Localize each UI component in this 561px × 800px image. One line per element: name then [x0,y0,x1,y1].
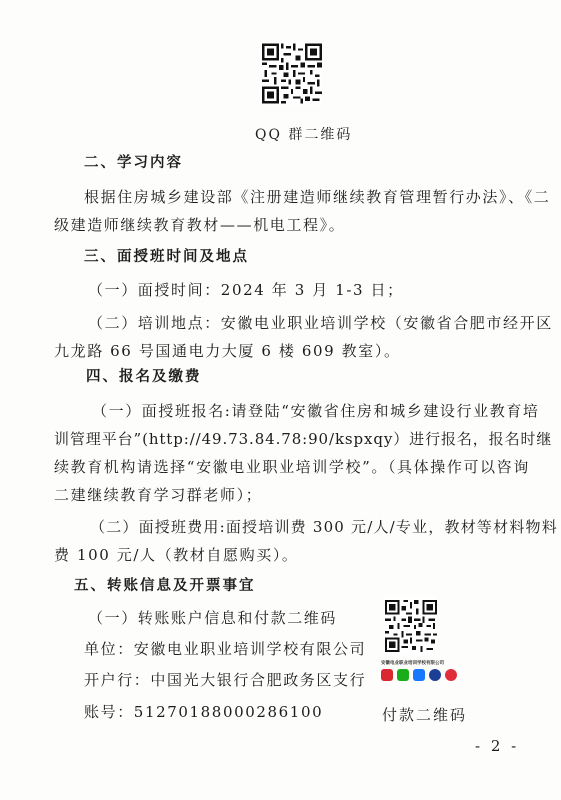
payment-qr-company-label: 安徽电业职业培训学校有限公司 [381,660,444,666]
section-4-fee-line-2: 费 100 元/人（教材自愿购买）。 [54,546,299,564]
section-2-heading: 二、学习内容 [84,154,183,172]
payment-qr-code [385,597,437,655]
section-4-fee-line-1: （二）面授班费用:面授培训费 300 元/人/专业，教材等材料物料 [90,518,558,536]
payment-method-icons [381,669,457,681]
section-4-registration-line-1: （一）面授班报名:请登陆“安徽省住房和城乡建设行业教育培 [92,402,540,420]
section-3-time: （一）面授时间：2024 年 3 月 1-3 日； [88,281,404,299]
alipay-icon [413,669,425,681]
section-3-heading: 三、面授班时间及地点 [84,248,249,266]
red-app-icon [445,669,457,681]
section-4-heading: 四、报名及缴费 [86,368,202,386]
section-3-location-line-1: （二）培训地点：安徽电业职业培训学校（安徽省合肥市经开区 [88,314,553,332]
section-4-registration-line-2: 训管理平台”(http://49.73.84.78:90/kspxqy）进行报名… [54,430,552,448]
qq-group-qr-code [262,42,322,105]
unionpay-cloud-icon [381,669,393,681]
bank-app-icon [429,669,441,681]
section-5-heading: 五、转账信息及开票事宜 [74,577,256,595]
section-3-location-line-2: 九龙路 66 号国通电力大厦 6 楼 609 教室）。 [54,342,401,360]
section-5-account-number: 账号：51270188000286100 [84,703,323,721]
section-5-company: 单位：安徽电业职业培训学校有限公司 [84,640,366,658]
qq-qr-caption: QQ 群二维码 [255,124,352,144]
section-5-bank: 开户行：中国光大银行合肥政务区支行 [84,671,366,689]
qr-code-image [262,42,322,105]
payment-qr-caption: 付款二维码 [382,704,467,725]
section-4-registration-line-3: 续教育机构请选择“安徽电业职业培训学校”。（具体操作可以咨询 [54,458,530,476]
qr-code-image [385,597,437,655]
section-2-line-2: 级建造师继续教育教材——机电工程》。 [54,216,345,234]
section-5-transfer-info-title: （一）转账账户信息和付款二维码 [88,609,337,627]
section-2-line-1: 根据住房城乡建设部《注册建造师继续教育管理暂行办法》、《二 [84,188,550,206]
section-4-registration-line-4: 二建继续教育学习群老师）； [54,486,262,504]
page-number: - 2 - [475,737,519,755]
wechat-pay-icon [397,669,409,681]
